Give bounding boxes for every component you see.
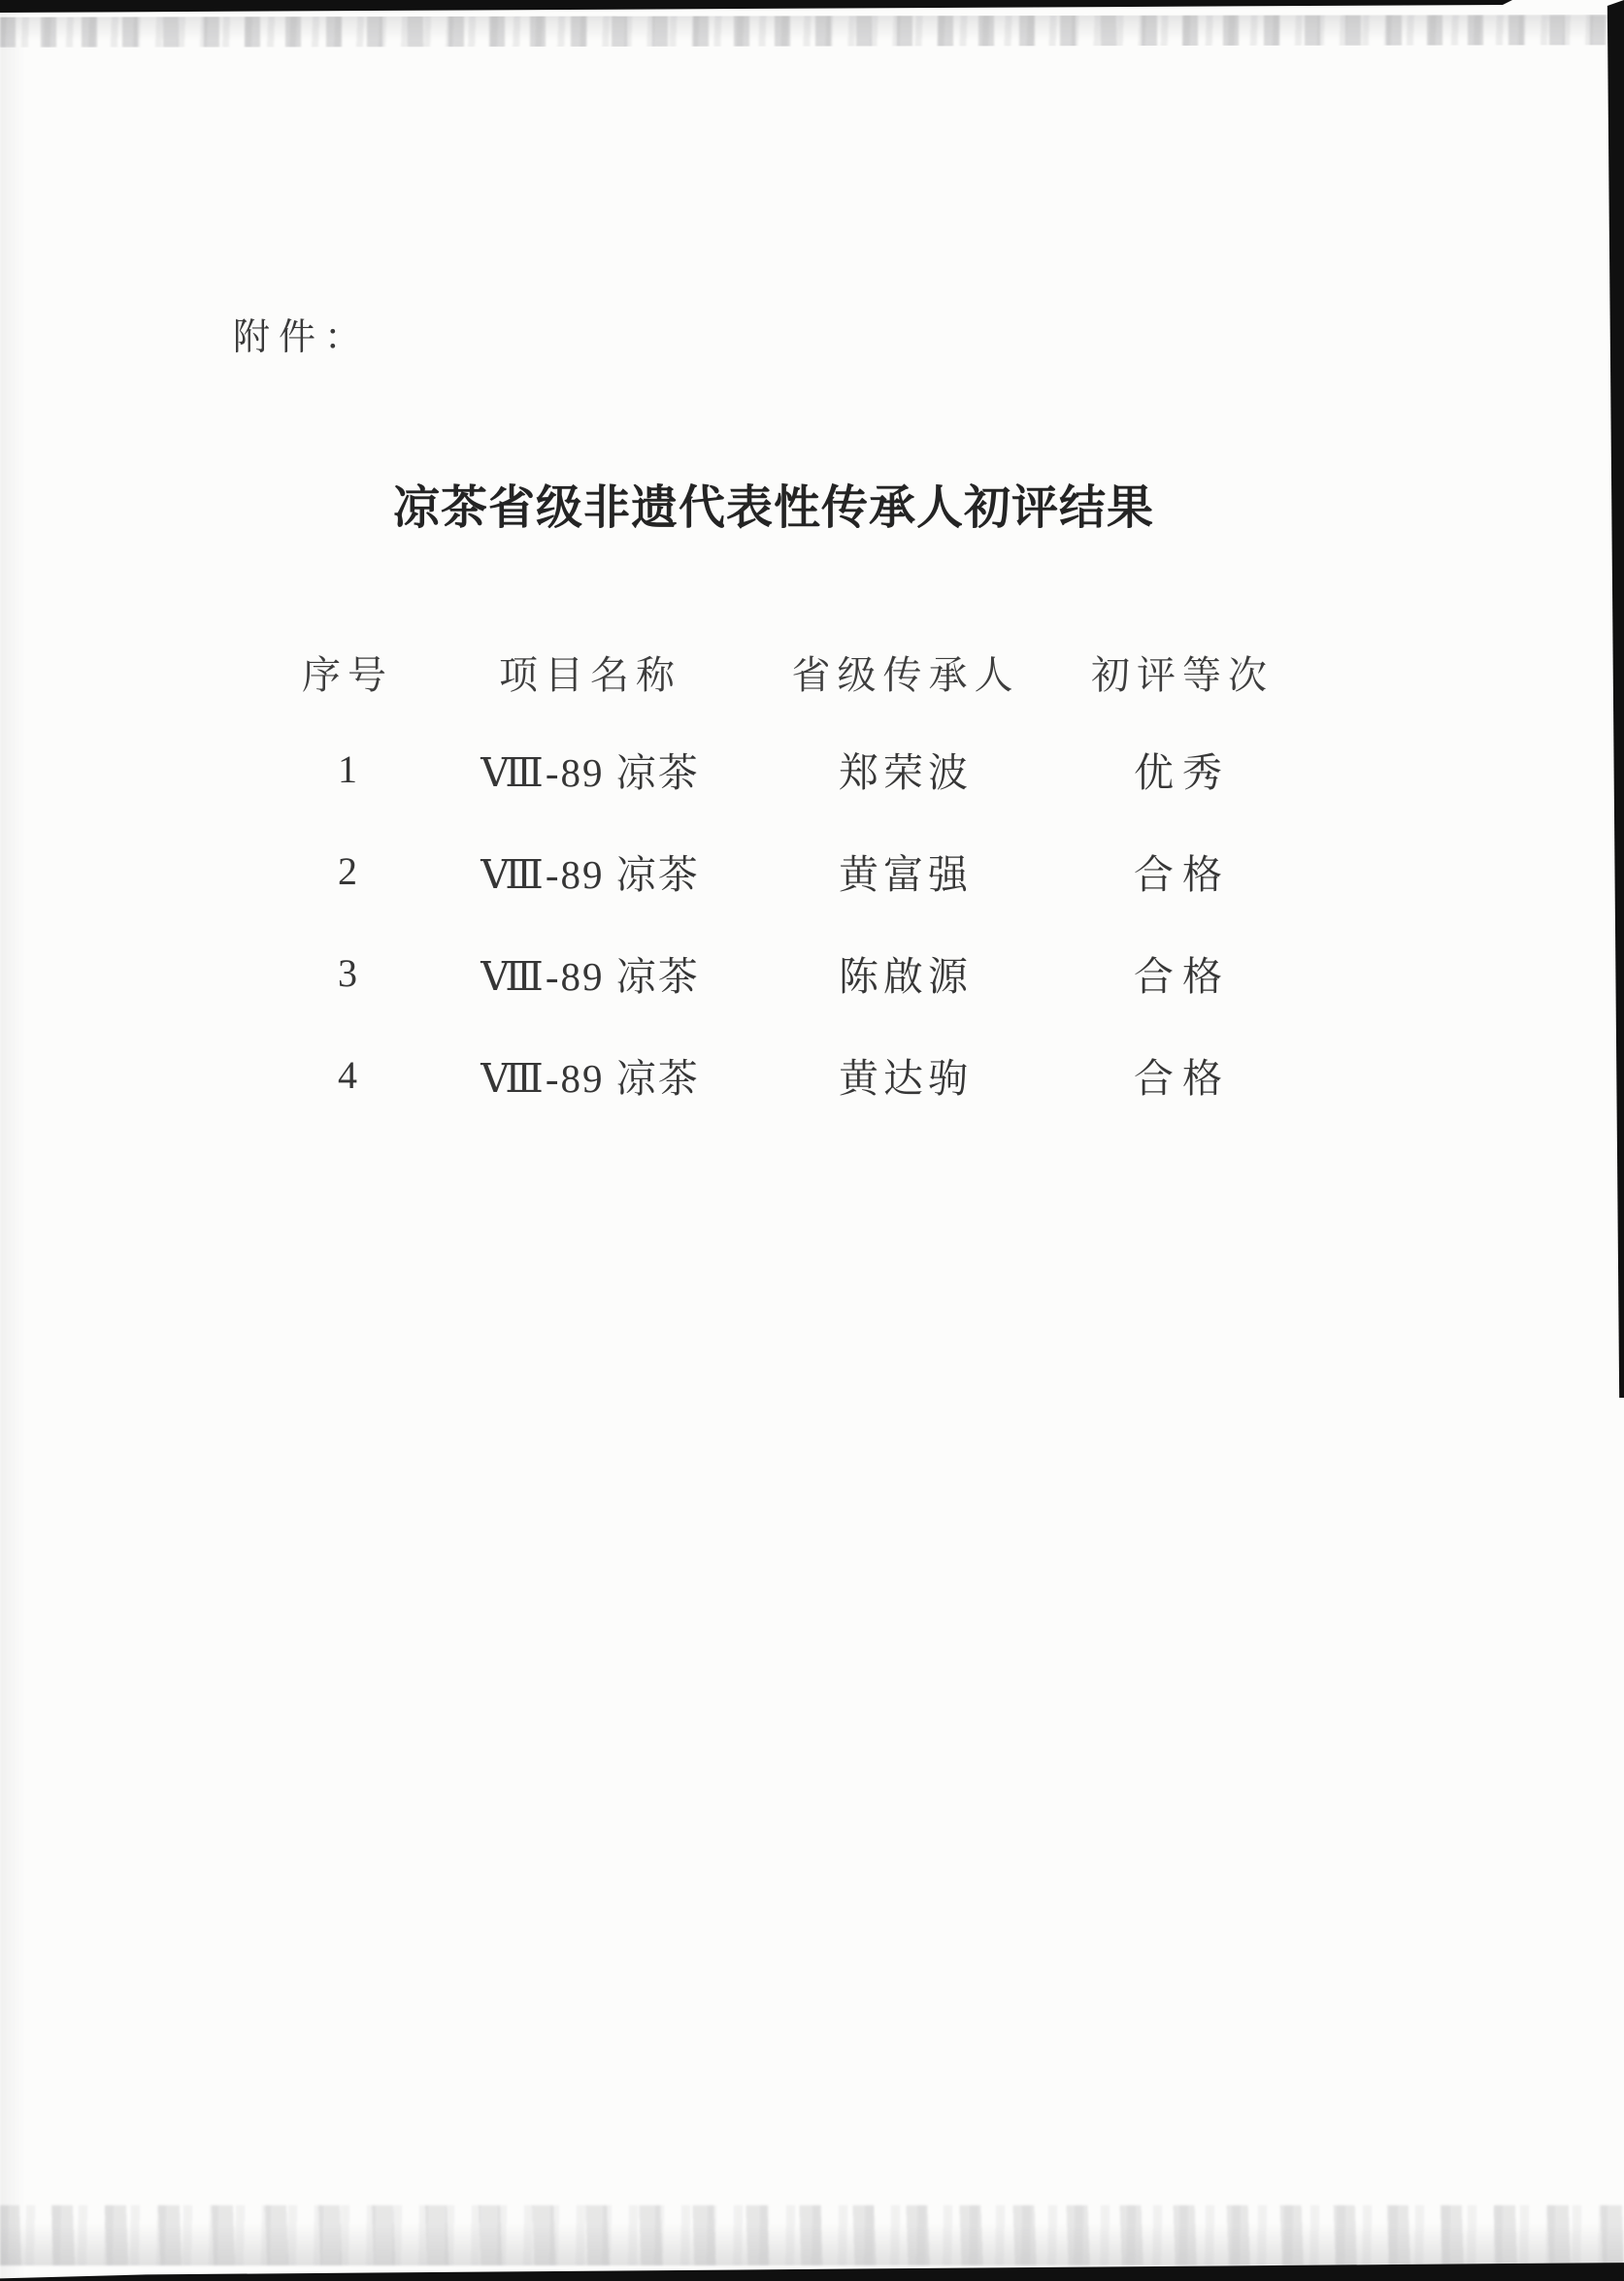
cell-project: Ⅷ-89 凉茶 [415,843,765,900]
cell-inheritor: 郑荣波 [765,741,1046,798]
cell-project: Ⅷ-89 凉茶 [415,741,765,798]
cell-inheritor: 黄达驹 [765,1046,1046,1104]
scan-noise-band-left [0,0,25,2281]
scanned-document-page: 附件： 凉茶省级非遗代表性传承人初评结果 序号 项目名称 省级传承人 初评等次 … [0,0,1624,2281]
cell-inheritor: 黄富强 [765,843,1046,900]
cell-no: 1 [280,746,415,792]
table-row: 3 Ⅷ-89 凉茶 陈啟源 合格 [280,922,1318,1024]
header-cell-project: 项目名称 [415,645,765,700]
cell-project: Ⅷ-89 凉茶 [415,1046,765,1104]
attachment-label: 附件： [233,307,370,360]
cell-no: 4 [280,1052,415,1098]
table-header-row: 序号 项目名称 省级传承人 初评等次 [280,625,1318,718]
header-cell-inheritor: 省级传承人 [765,645,1046,700]
header-cell-grade: 初评等次 [1046,645,1318,700]
cell-grade: 合格 [1046,944,1318,1002]
cell-grade: 合格 [1046,843,1318,900]
cell-no: 3 [280,950,415,996]
cell-no: 2 [280,848,415,894]
results-table: 序号 项目名称 省级传承人 初评等次 1 Ⅷ-89 凉茶 郑荣波 优秀 2 Ⅷ-… [280,625,1318,1126]
scan-noise-band-bottom [0,2205,1624,2265]
cell-grade: 优秀 [1046,741,1318,798]
scan-noise-band-top [0,15,1624,48]
cell-inheritor: 陈啟源 [765,944,1046,1002]
table-row: 2 Ⅷ-89 凉茶 黄富强 合格 [280,820,1318,922]
cell-project: Ⅷ-89 凉茶 [415,944,765,1002]
header-cell-no: 序号 [280,645,415,700]
table-row: 1 Ⅷ-89 凉茶 郑荣波 优秀 [280,718,1318,820]
cell-grade: 合格 [1046,1046,1318,1104]
table-row: 4 Ⅷ-89 凉茶 黄达驹 合格 [280,1024,1318,1126]
document-title: 凉茶省级非遗代表性传承人初评结果 [0,470,1547,537]
